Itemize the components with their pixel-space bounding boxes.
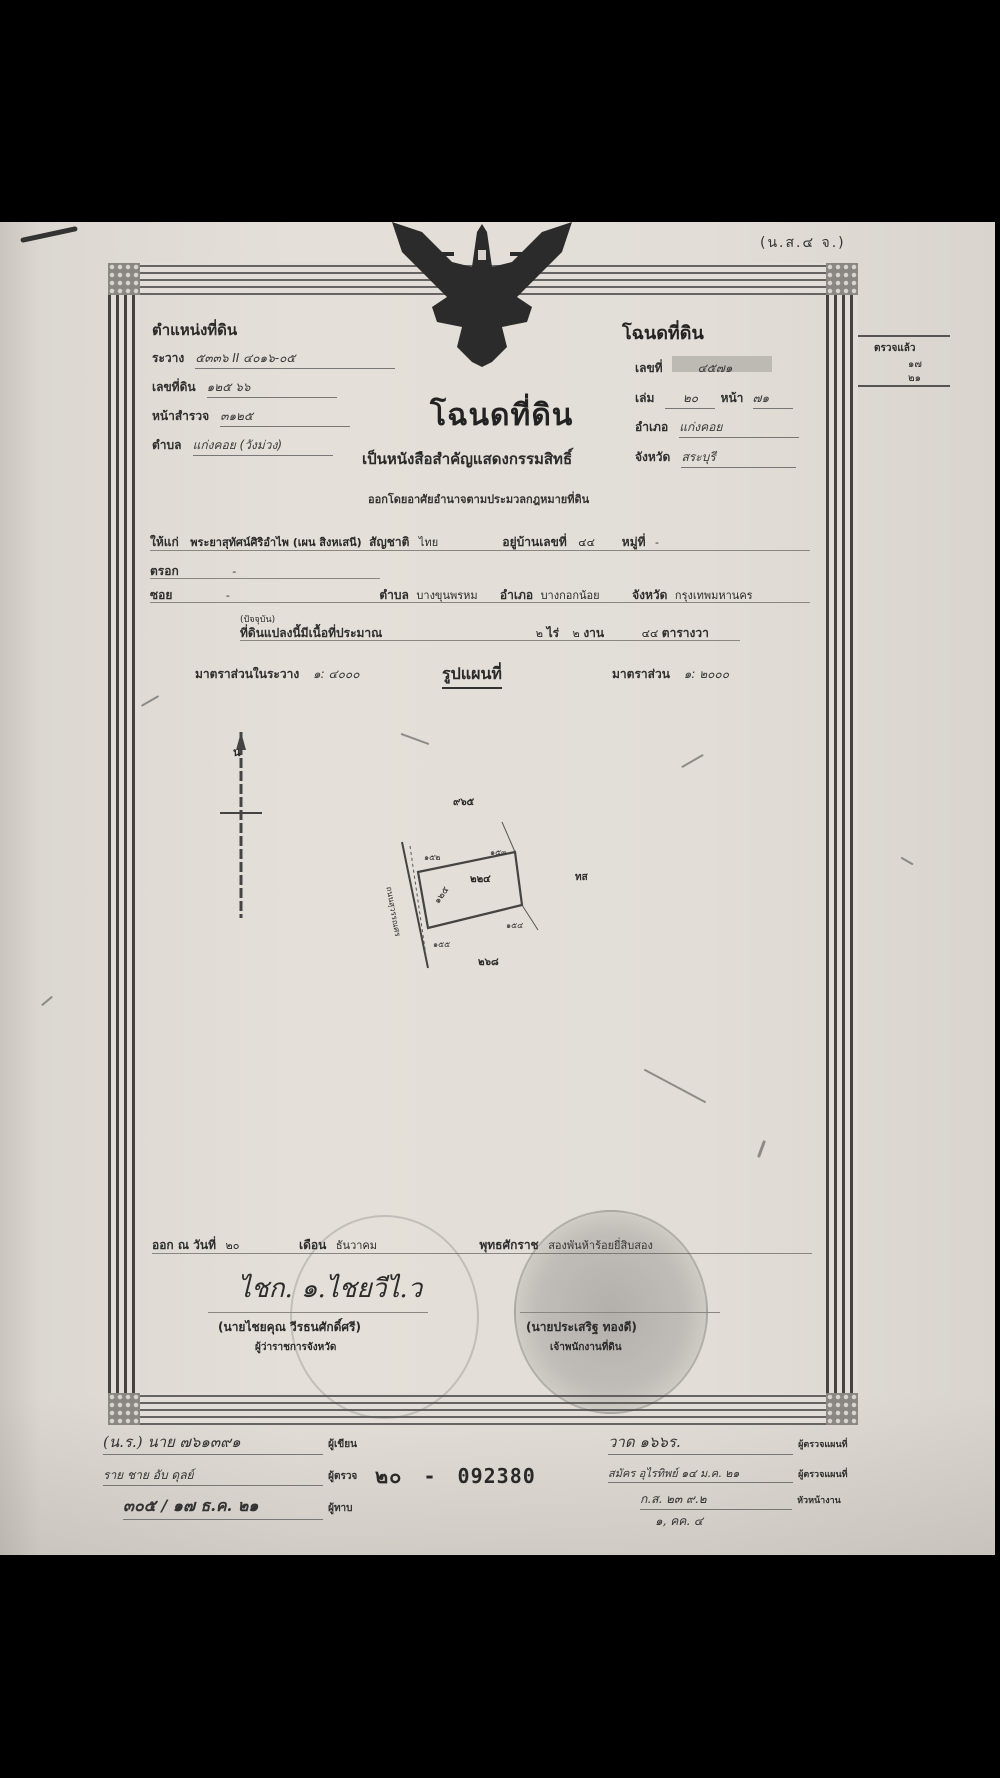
field-land-no: เลขที่ดิน ๑๒๕ ๖๖ [152,376,337,398]
footer-value: ๓๐๕ / ๑๗ ธ.ค. ๒๑ [123,1494,323,1520]
north-arrow-icon [220,732,262,918]
border-corner [826,1393,858,1425]
owner-name: พระยาสุทัศน์ศิริอำไพ (เผน สิงหเสนี) [190,536,361,549]
footer-label: ผู้ทาบ [328,1503,352,1514]
footer-label: ผู้ตรวจแผนที่ [798,1440,847,1450]
parcel-map [180,720,630,990]
field-value: แก่งคอย [679,418,799,438]
field-label: เลขที่ [635,361,663,375]
owner-moo: - [655,536,659,549]
unit-label: ตารางวา [662,626,709,640]
field-volume: เล่ม ๒๐ หน้า ๗๑ [635,387,793,409]
field-label: ให้แก่ [150,535,179,549]
field-label: หน้า [721,391,744,405]
footer-value: ราย ชาย อับ ดุลย์ [103,1466,323,1486]
map-adjacent-south: ๒๖๘ [478,955,499,970]
field-survey-page: หน้าสำรวจ ๓๑๒๕ [152,405,350,427]
document-subtitle-2: ออกโดยอาศัยอำนาจตามประมวลกฎหมายที่ดิน [368,490,589,508]
footer-left-line: ๓๐๕ / ๑๗ ธ.ค. ๒๑ ผู้ทาบ [123,1494,353,1520]
document-subtitle: เป็นหนังสือสำคัญแสดงกรรมสิทธิ์ [362,447,572,471]
map-adjacent-east: ทส [575,870,588,885]
field-province: จังหวัด สระบุรี [635,446,796,468]
field-value: ๔๕๗๑ [698,361,733,375]
field-value: ๑๒๕ ๖๖ [207,378,337,398]
footer-value: วาด ๑๖๖ร. [608,1430,793,1455]
unit-label: งาน [583,626,604,640]
field-label: หมู่ที่ [622,535,646,549]
footer-right-line: ก.ส. ๒๓ ๙.๒ หัวหน้างาน [640,1488,841,1510]
field-label: ซอย [150,588,172,602]
map-parcel-no: ๒๒๔ [470,872,491,887]
footer-right-note: ๑, คค. ๔ [655,1512,703,1531]
footer-label: หัวหน้างาน [797,1496,841,1506]
field-label: ตรอก [150,564,179,578]
field-label: พุทธศักราช [479,1238,538,1252]
owner-province: กรุงเทพมหานคร [675,589,753,602]
field-label: เลขที่ดิน [152,380,196,394]
area-rai: ๒ [536,627,543,640]
footer-value: ก.ส. ๒๓ ๙.๒ [640,1490,792,1510]
field-deed-no: เลขที่ ๔๕๗๑ [635,357,732,378]
footer-right-line: วาด ๑๖๖ร. ผู้ตรวจแผนที่ [608,1430,848,1455]
footer-label: ผู้ตรวจแผนที่ [798,1470,847,1480]
field-rawang: ระวาง ๕๓๓๖ II ๔๐๑๖-๐๕ [152,347,395,369]
field-label: มาตราส่วน [612,667,670,681]
garuda-emblem-icon [382,222,582,372]
footer-right-line: สมัคร อุไรทิพย์ ๑๔ ม.ค. ๒๑ ผู้ตรวจแผนที่ [608,1462,848,1483]
field-label: มาตราส่วนในระวาง [195,667,299,681]
side-stub-line: ๒๑ [908,371,921,386]
form-code: (น.ส.๔ จ.) [760,232,846,254]
border-bottom [140,1393,826,1425]
stamp-seal-outline [290,1215,479,1419]
field-value: ๑: ๔๐๐๐ [313,667,360,681]
field-tambon: ตำบล แก่งคอย (วังม่วง) [152,434,333,456]
field-amphoe: อำเภอ แก่งคอย [635,416,799,438]
owner-lane: - [232,565,236,578]
field-label: สัญชาติ [369,535,409,549]
border-right [826,295,858,1393]
map-corner-mark: ๑๕๓ [490,846,507,859]
survey-scale: มาตราส่วนในระวาง ๑: ๔๐๐๐ [195,665,360,684]
field-label: จังหวัด [635,450,670,464]
map-adjacent-north: ๙๖๕ [453,795,474,810]
serial-prefix: ๒๐ [375,1464,402,1488]
border-corner [826,263,858,295]
owner-house-no: ๔๔ [578,533,618,551]
right-header: โฉนดที่ดิน [622,318,704,347]
map-corner-mark: ๑๕๒ [424,851,440,864]
land-officer-title: เจ้าพนักงานที่ดิน [550,1340,622,1355]
map-title: รูปแผนที่ [442,662,502,689]
owner-nationality: ไทย [419,533,499,551]
field-label: ระวาง [152,351,184,365]
field-label: อยู่บ้านเลขที่ [502,535,566,549]
governor-signature: ไชก. ๑.ไชยวีไ.ว [238,1268,422,1309]
field-label: อำเภอ [500,588,533,602]
footer-value: สมัคร อุไรทิพย์ ๑๔ ม.ค. ๒๑ [608,1464,793,1483]
field-label: ออก ณ วันที่ [152,1238,216,1252]
governor-name: (นายไชยคุณ วีรธนศักดิ์ศรี) [218,1318,361,1337]
footer-left-line: ราย ชาย อับ ดุลย์ ผู้ตรวจ [103,1464,357,1486]
border-left [108,295,140,1393]
field-label: ที่ดินแปลงนี้มีเนื้อที่ประมาณ [240,626,382,640]
serial-dash: - [423,1464,436,1488]
map-corner-mark: ๑๕๕ [433,938,450,951]
field-label: ตำบล [152,438,182,452]
deed-serial-number: ๒๐ - 092380 [375,1460,536,1492]
serial-number: 092380 [458,1464,536,1488]
field-value: ๗๑ [753,389,793,409]
field-value: สระบุรี [681,448,796,468]
field-value: ๒๐ [665,389,715,409]
footer-value: (น.ร.) นาย ๗๖๑๓๙๑ [103,1430,323,1455]
field-label: อำเภอ [635,420,668,434]
owner-soi: - [226,589,376,602]
area-ngan: ๒ [573,627,580,640]
issue-day: ๒๐ [226,1236,296,1254]
land-officer-name: (นายประเสริฐ ทองดี) [526,1318,637,1337]
footer-label: ผู้ตรวจ [328,1471,357,1482]
map-corner-mark: ๑๕๔ [506,919,523,932]
document-title: โฉนดที่ดิน [430,392,573,439]
area-wah: ๔๔ [642,627,659,640]
field-label: เล่ม [635,391,654,405]
side-stub-line: ตรวจแล้ว [874,341,916,356]
border-corner [108,1393,140,1425]
field-value: ๕๓๓๖ II ๔๐๑๖-๐๕ [195,349,395,369]
field-value: ๓๑๒๕ [220,407,350,427]
location-heading: ตำแหน่งที่ดิน [152,318,237,342]
footer-left-line: (น.ร.) นาย ๗๖๑๓๙๑ ผู้เขียน [103,1430,357,1455]
field-label: จังหวัด [632,588,667,602]
border-corner [108,263,140,295]
side-stub: ตรวจแล้ว ๑๗ ๒๑ [858,335,950,399]
unit-label: ไร่ [547,626,559,640]
side-stub-line: ๑๗ [908,357,922,372]
footer-label: ผู้เขียน [328,1439,357,1450]
field-label: หน้าสำรวจ [152,409,209,423]
field-value: แก่งคอย (วังม่วง) [193,436,333,456]
field-value: ๑: ๒๐๐๐ [684,667,729,681]
governor-title: ผู้ว่าราชการจังหวัด [255,1340,336,1355]
map-north-label: น [233,743,241,761]
field-label: ตำบล [379,588,409,602]
map-scale: มาตราส่วน ๑: ๒๐๐๐ [612,665,729,684]
